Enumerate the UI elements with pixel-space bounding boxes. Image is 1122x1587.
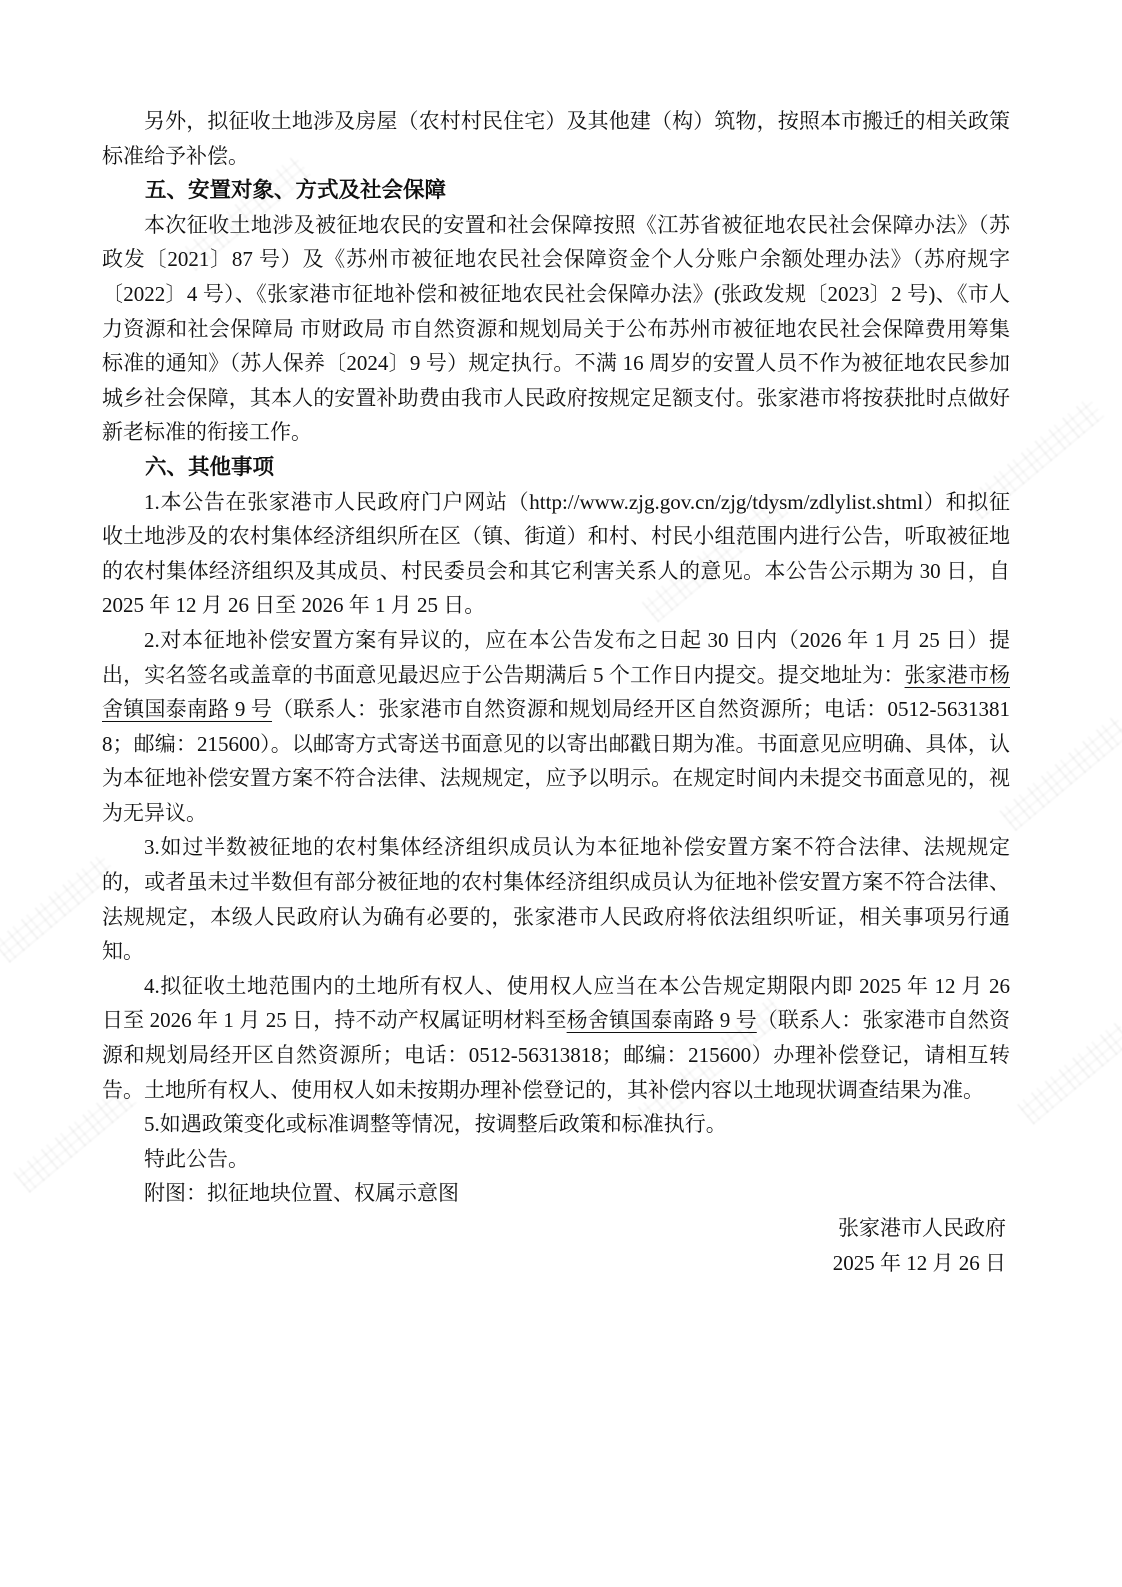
text-run: 2025 年 12 月 26 日 (833, 1251, 1006, 1275)
paragraph: 本次征收土地涉及被征地农民的安置和社会保障按照《江苏省被征地农民社会保障办法》（… (102, 208, 1010, 450)
announcement-page: 另外，拟征收土地涉及房屋（农村村民住宅）及其他建（构）筑物，按照本市搬迁的相关政… (0, 0, 1122, 1587)
paragraph: 2.对本征地补偿安置方案有异议的，应在本公告发布之日起 30 日内（2026 年… (102, 623, 1010, 831)
signature-line: 2025 年 12 月 26 日 (102, 1246, 1010, 1281)
text-run: 3.如过半数被征地的农村集体经济组织成员认为本征地补偿安置方案不符合法律、法规规… (102, 835, 1010, 963)
paragraph: 4.拟征收土地范围内的土地所有权人、使用权人应当在本公告规定期限内即 2025 … (102, 969, 1010, 1107)
text-run: 本次征收土地涉及被征地农民的安置和社会保障按照《江苏省被征地农民社会保障办法》（… (102, 213, 1010, 445)
paragraph: 3.如过半数被征地的农村集体经济组织成员认为本征地补偿安置方案不符合法律、法规规… (102, 830, 1010, 968)
text-run: 附图：拟征地块位置、权属示意图 (144, 1181, 459, 1205)
paragraph: 附图：拟征地块位置、权属示意图 (102, 1176, 1010, 1211)
watermark-mark (999, 715, 1122, 831)
watermark-mark (1017, 1021, 1122, 1124)
text-run: 1.本公告在张家港市人民政府门户网站（http://www.zjg.gov.cn… (102, 490, 1010, 618)
section-heading: 六、其他事项 (102, 450, 1010, 485)
text-run: 5.如遇政策变化或标准调整等情况，按调整后政策和标准执行。 (144, 1112, 727, 1136)
paragraph: 5.如遇政策变化或标准调整等情况，按调整后政策和标准执行。 (102, 1107, 1010, 1142)
text-run: 六、其他事项 (145, 455, 274, 479)
signature-line: 张家港市人民政府 (102, 1211, 1010, 1246)
watermark-mark (0, 853, 117, 963)
text-run: 2.对本征地补偿安置方案有异议的，应在本公告发布之日起 30 日内（2026 年… (102, 628, 1010, 687)
section-heading: 五、安置对象、方式及社会保障 (102, 173, 1010, 208)
underlined-address-text: 杨舍镇国泰南路 9 号 (567, 1008, 757, 1032)
text-run: 张家港市人民政府 (838, 1216, 1006, 1240)
paragraph: 特此公告。 (102, 1142, 1010, 1177)
text-run: 特此公告。 (144, 1147, 249, 1171)
paragraph: 另外，拟征收土地涉及房屋（农村村民住宅）及其他建（构）筑物，按照本市搬迁的相关政… (102, 104, 1010, 173)
text-run: 五、安置对象、方式及社会保障 (145, 178, 446, 202)
text-run: 另外，拟征收土地涉及房屋（农村村民住宅）及其他建（构）筑物，按照本市搬迁的相关政… (102, 109, 1010, 168)
announcement-body: 另外，拟征收土地涉及房屋（农村村民住宅）及其他建（构）筑物，按照本市搬迁的相关政… (102, 104, 1010, 1280)
paragraph: 1.本公告在张家港市人民政府门户网站（http://www.zjg.gov.cn… (102, 485, 1010, 623)
